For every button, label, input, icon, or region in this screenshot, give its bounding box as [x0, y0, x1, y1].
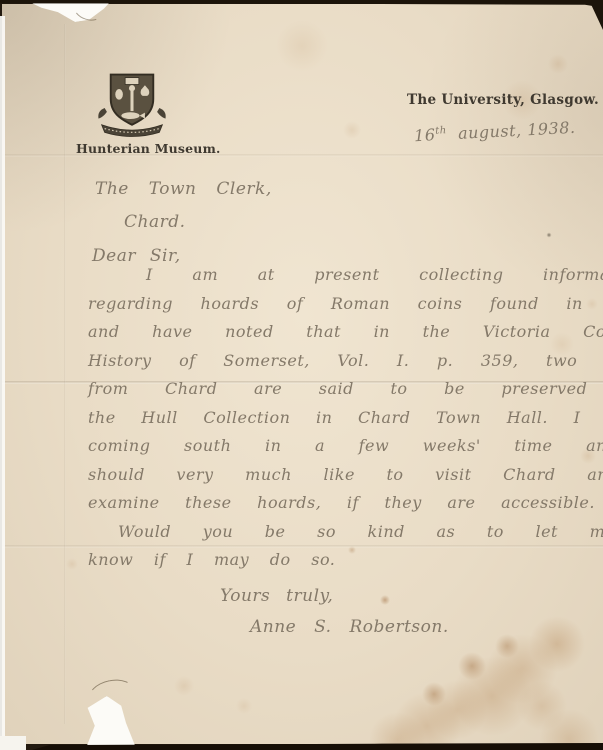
body-line: examine these hoards, if they are access…	[88, 489, 600, 518]
body-line: Would you be so kind as to let me	[88, 518, 600, 547]
university-of-glasgow-crest-icon	[94, 68, 170, 146]
body-line: I am at present collecting information	[88, 261, 600, 290]
recipient-line-2: Chard.	[124, 212, 186, 232]
fold-crease	[64, 24, 66, 724]
torn-bottom-left-corner	[0, 736, 26, 750]
recipient-line-1: The Town Clerk,	[95, 179, 272, 199]
university-name: The University, Glasgow.	[407, 92, 599, 108]
date-day: 16	[414, 125, 436, 145]
torn-left-edge	[0, 16, 5, 740]
date-line: 16th august, 1938.	[414, 118, 576, 145]
body-line: regarding hoards of Roman coins found in…	[88, 290, 600, 319]
closing: Yours truly,	[220, 586, 333, 606]
body-line: History of Somerset, Vol. I. p. 359, two…	[88, 347, 600, 376]
body-line: should very much like to visit Chard and	[88, 461, 600, 490]
date-ordinal: th	[435, 125, 447, 137]
body-line: and have noted that in the Victoria Coun…	[88, 318, 600, 347]
letter-body: I am at present collecting information r…	[88, 261, 600, 575]
body-line: know if I may do so.	[88, 546, 600, 575]
date-month-year: august, 1938.	[458, 118, 576, 143]
signature: Anne S. Robertson.	[250, 617, 449, 637]
scanned-letter: Hunterian Museum. The University, Glasgo…	[0, 0, 603, 750]
body-line: the Hull Collection in Chard Town Hall. …	[88, 404, 600, 433]
letter-paper: Hunterian Museum. The University, Glasgo…	[2, 4, 603, 744]
body-line: coming south in a few weeks' time and	[88, 432, 600, 461]
museum-name: Hunterian Museum.	[76, 141, 221, 156]
body-line: from Chard are said to be preserved in	[88, 375, 600, 404]
